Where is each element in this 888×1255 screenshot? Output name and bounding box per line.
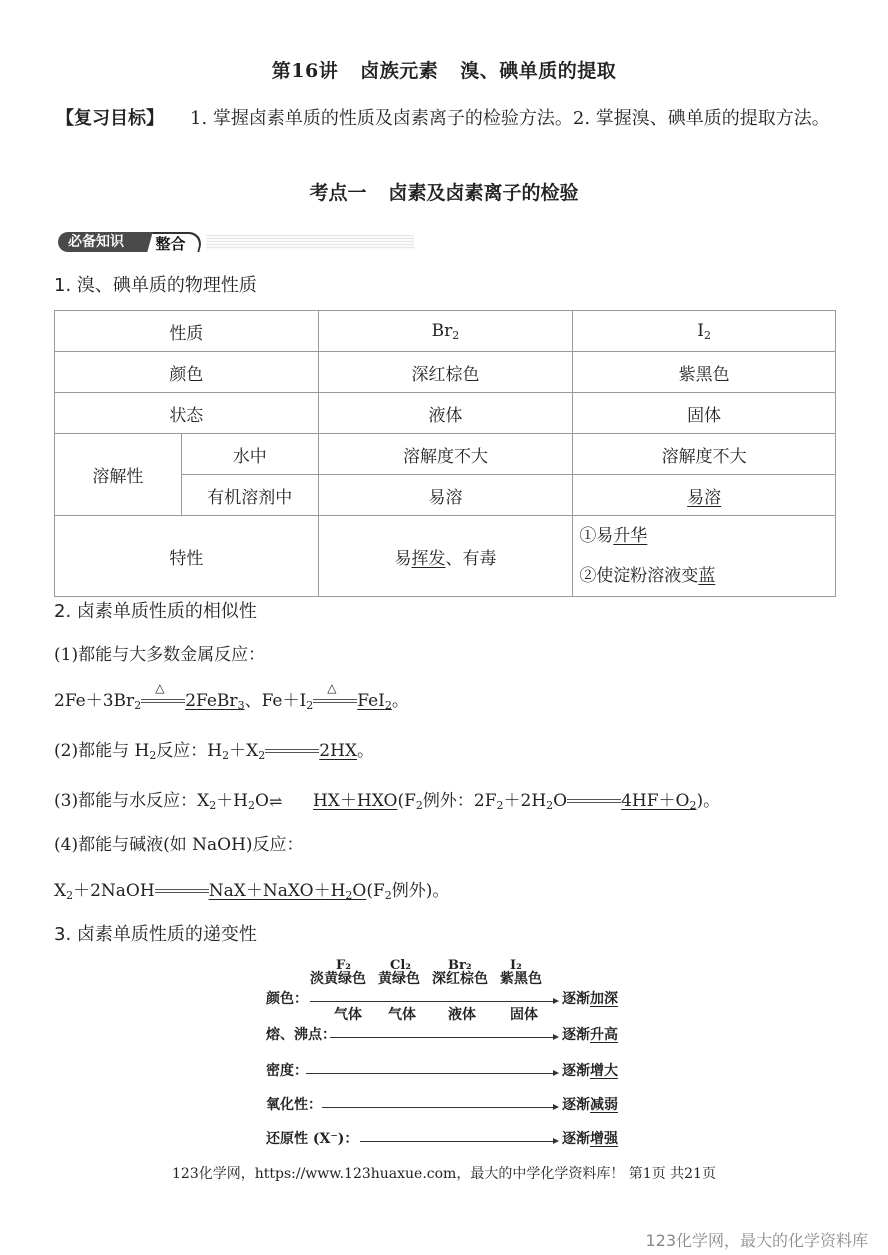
cell-value: 易溶 (573, 475, 836, 516)
sub-row-label: 有机溶剂中 (181, 475, 318, 516)
part2-item4: (4)都能与碱液(如 NaOH)反应： (54, 830, 304, 855)
page-title: 第16讲卤族元素溴、碘单质的提取 (0, 56, 888, 83)
equals-heat-icon: △ (313, 697, 357, 707)
trend-row-oxidizing: 氧化性： 逐渐减弱 (260, 1092, 660, 1114)
trend-row-density: 密度： 逐渐增大 (260, 1058, 660, 1080)
review-goals-tag: 【复习目标】 (56, 108, 164, 129)
lecture-subtopic: 溴、碘单质的提取 (460, 60, 616, 82)
section-title: 考点一卤素及卤素离子的检验 (0, 178, 888, 205)
equation-metal: 2Fe＋3Br2△2FeBr3、Fe＋I2△FeI2。 (54, 686, 409, 712)
row-label: 特性 (55, 516, 319, 597)
badge-dark-label: 必备知识 (58, 232, 158, 252)
properties-table: 性质 Br2 I2 颜色 深红棕色 紫黑色 状态 液体 固体 溶解性 水中 溶解… (54, 310, 836, 597)
equals-icon (155, 887, 209, 897)
trend-row-melting-point: 熔、沸点： 气体 气体 液体 固体 逐渐升高 (260, 1022, 660, 1044)
cell-value: 溶解度不大 (573, 434, 836, 475)
cell-value: 深红棕色 (318, 352, 573, 393)
part2-heading: 2. 卤素单质性质的相似性 (54, 597, 257, 623)
equals-icon (567, 797, 621, 807)
section-label: 考点一 (309, 182, 366, 204)
table-row: 溶解性 水中 溶解度不大 溶解度不大 (55, 434, 836, 475)
trend-row-reducing: 还原性 (X⁻)： 逐渐增强 (260, 1126, 660, 1148)
table-row: 颜色 深红棕色 紫黑色 (55, 352, 836, 393)
review-goals: 【复习目标】1. 掌握卤素单质的性质及卤素离子的检验方法。2. 掌握溴、碘单质的… (56, 96, 846, 142)
arrow-icon (330, 1037, 554, 1038)
row-label: 状态 (55, 393, 319, 434)
table-row: 状态 液体 固体 (55, 393, 836, 434)
arrow-icon (310, 1001, 554, 1002)
cell-value: 易挥发、有毒 (318, 516, 573, 597)
cell-value: 紫黑色 (573, 352, 836, 393)
table-row: 性质 Br2 I2 (55, 311, 836, 352)
row-label: 溶解性 (55, 434, 182, 516)
part2-item1: (1)都能与大多数金属反应： (54, 640, 265, 665)
cell-value: ①易升华 ②使淀粉溶液变蓝 (573, 516, 836, 597)
review-goals-text: 1. 掌握卤素单质的性质及卤素离子的检验方法。2. 掌握溴、碘单质的提取方法。 (190, 108, 830, 129)
badge-stripes-decoration (206, 235, 414, 250)
arrow-icon (360, 1141, 554, 1142)
arrow-icon (306, 1073, 554, 1074)
watermark: 123化学网，最大的化学资料库 (645, 1228, 868, 1251)
part1-heading: 1. 溴、碘单质的物理性质 (54, 271, 257, 297)
sub-row-label: 水中 (181, 434, 318, 475)
cell-value: 固体 (573, 393, 836, 434)
header-property: 性质 (55, 311, 319, 352)
table-row: 特性 易挥发、有毒 ①易升华 ②使淀粉溶液变蓝 (55, 516, 836, 597)
lecture-number: 第16讲 (272, 60, 338, 82)
cell-value: 液体 (318, 393, 573, 434)
equation-base: X2＋2NaOHNaX＋NaXO＋H2O(F2例外)。 (54, 876, 449, 902)
reversible-arrow-icon: ⇌ (269, 792, 313, 811)
equals-icon (265, 747, 319, 757)
section-heading: 卤素及卤素离子的检验 (389, 182, 579, 204)
page-footer: 123化学网，https://www.123huaxue.com，最大的中学化学… (0, 1163, 888, 1183)
header-br2: Br2 (318, 311, 573, 352)
lecture-topic: 卤族元素 (360, 60, 438, 82)
header-i2: I2 (573, 311, 836, 352)
cell-value: 溶解度不大 (318, 434, 573, 475)
arrow-icon (322, 1107, 554, 1108)
row-label: 颜色 (55, 352, 319, 393)
trend-diagram: F₂ Cl₂ Br₂ I₂ 颜色： 淡黄绿色 黄绿色 深红棕色 紫黑色 逐渐加深… (260, 958, 660, 1158)
part3-heading: 3. 卤素单质性质的递变性 (54, 920, 257, 946)
equals-heat-icon: △ (141, 697, 185, 707)
equation-hydrogen: (2)都能与 H2反应：H2＋X22HX。 (54, 736, 374, 762)
equation-water: (3)都能与水反应：X2＋H2O⇌HX＋HXO(F2例外：2F2＋2H2O4HF… (54, 786, 720, 812)
badge-light-label: 整合 (147, 232, 204, 252)
cell-value: 易溶 (318, 475, 573, 516)
